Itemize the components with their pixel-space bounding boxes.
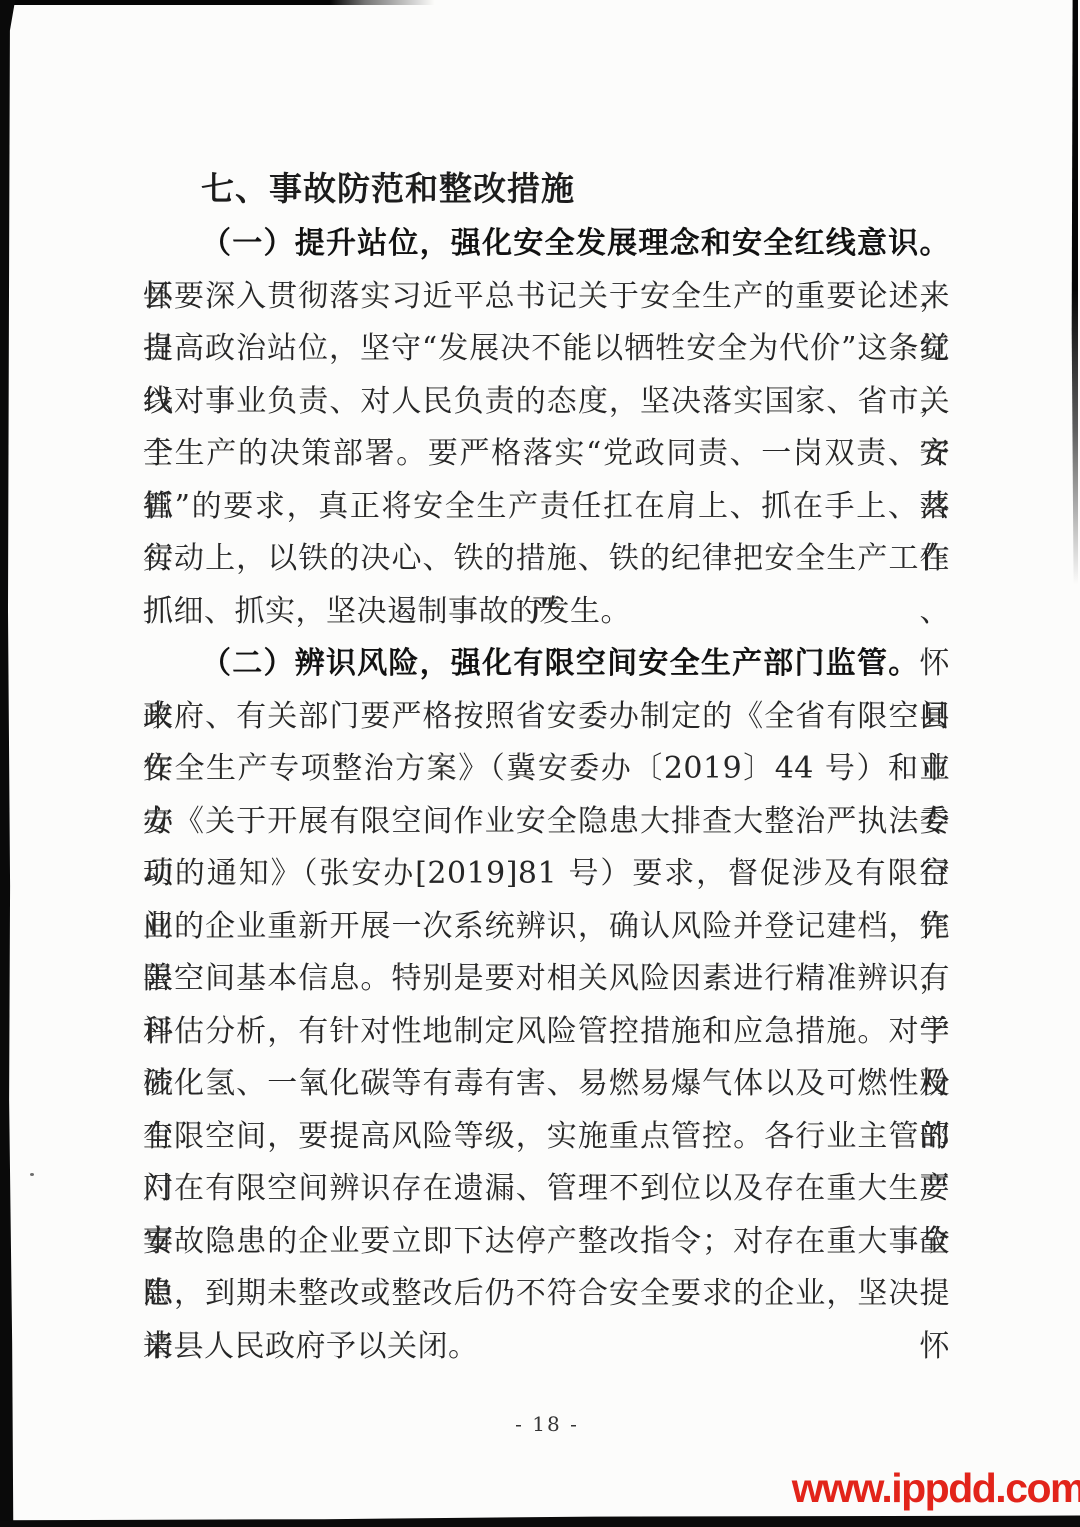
body-line: 以对事业负责、对人民负责的态度，坚决落实国家、省市关于安 — [143, 376, 950, 429]
document-body: 七、事故防范和整改措施 （一）提升站位，强化安全发展理念和安全红线意识。怀来 县… — [143, 160, 950, 1373]
watermark-url: www.ippdd.com — [792, 1465, 1080, 1512]
body-line: 硫化氢、一氧化碳等有毒有害、易燃易爆气体以及可燃性粉尘的 — [143, 1058, 950, 1111]
body-line: 有限空间，要提高风险等级，实施重点管控。各行业主管部门要 — [143, 1111, 950, 1164]
body-line: 对在有限空间辨识存在遗漏、管理不到位以及存在重大生产安全 — [143, 1163, 950, 1216]
body-line: 事故隐患的企业要立即下达停产整改指令；对存在重大事故隐 — [143, 1216, 950, 1269]
body-line: 限空间基本信息。特别是要对相关风险因素进行精准辨识，科学 — [143, 953, 950, 1006]
scan-edge-bottom — [0, 1514, 1080, 1527]
scan-edge-left — [0, 0, 16, 1527]
page-number: - 18 - — [0, 1412, 1080, 1436]
body-line: 业的企业重新开展一次系统辨识，确认风险并登记建档，完善有 — [143, 901, 950, 954]
scan-edge-top — [0, 0, 440, 5]
body-line: 安全生产专项整治方案》（冀安委办〔2019〕44 号）和市安委 — [143, 743, 950, 796]
paragraph-1-lead-line: （一）提升站位，强化安全发展理念和安全红线意识。怀来 — [143, 218, 950, 271]
body-line: 评估分析，有针对性地制定风险管控措施和应急措施。对于涉及 — [143, 1006, 950, 1059]
body-line: 提高政治站位，坚守“发展决不能以牺牲安全为代价”这条红线， — [143, 323, 950, 376]
scan-edge-right — [1069, 0, 1078, 600]
body-line: 办《关于开展有限空间作业安全隐患大排查大整治严执法专项行 — [143, 796, 950, 849]
document-page: 七、事故防范和整改措施 （一）提升站位，强化安全发展理念和安全红线意识。怀来 县… — [0, 0, 1080, 1527]
scan-speck — [30, 1173, 34, 1176]
body-line: 动的通知》（张安办[2019]81 号）要求，督促涉及有限空间作 — [143, 848, 950, 901]
body-line: 全生产的决策部署。要严格落实“党政同责、一岗双责、齐抓共 — [143, 428, 950, 481]
paragraph-2-lead-bold: （二）辨识风险，强化有限空间安全生产部门监管。 — [201, 646, 920, 681]
body-line: 患，到期未整改或整改后仍不符合安全要求的企业，坚决提请怀 — [143, 1268, 950, 1321]
section-heading: 七、事故防范和整改措施 — [143, 160, 950, 218]
body-line: 政府、有关部门要严格按照省安委办制定的《全省有限空间作业 — [143, 691, 950, 744]
body-line: 县要深入贯彻落实习近平总书记关于安全生产的重要论述，自觉 — [143, 271, 950, 324]
paragraph-1-lead-bold: （一）提升站位，强化安全发展理念和安全红线意识。 — [201, 226, 950, 261]
body-line: 行动上，以铁的决心、铁的措施、铁的纪律把安全生产工作抓严、 — [143, 533, 950, 586]
body-line: 管”的要求，真正将安全生产责任扛在肩上、抓在手上、落实在 — [143, 481, 950, 534]
paragraph-2-lead-line: （二）辨识风险，强化有限空间安全生产部门监管。怀来县 — [143, 638, 950, 691]
